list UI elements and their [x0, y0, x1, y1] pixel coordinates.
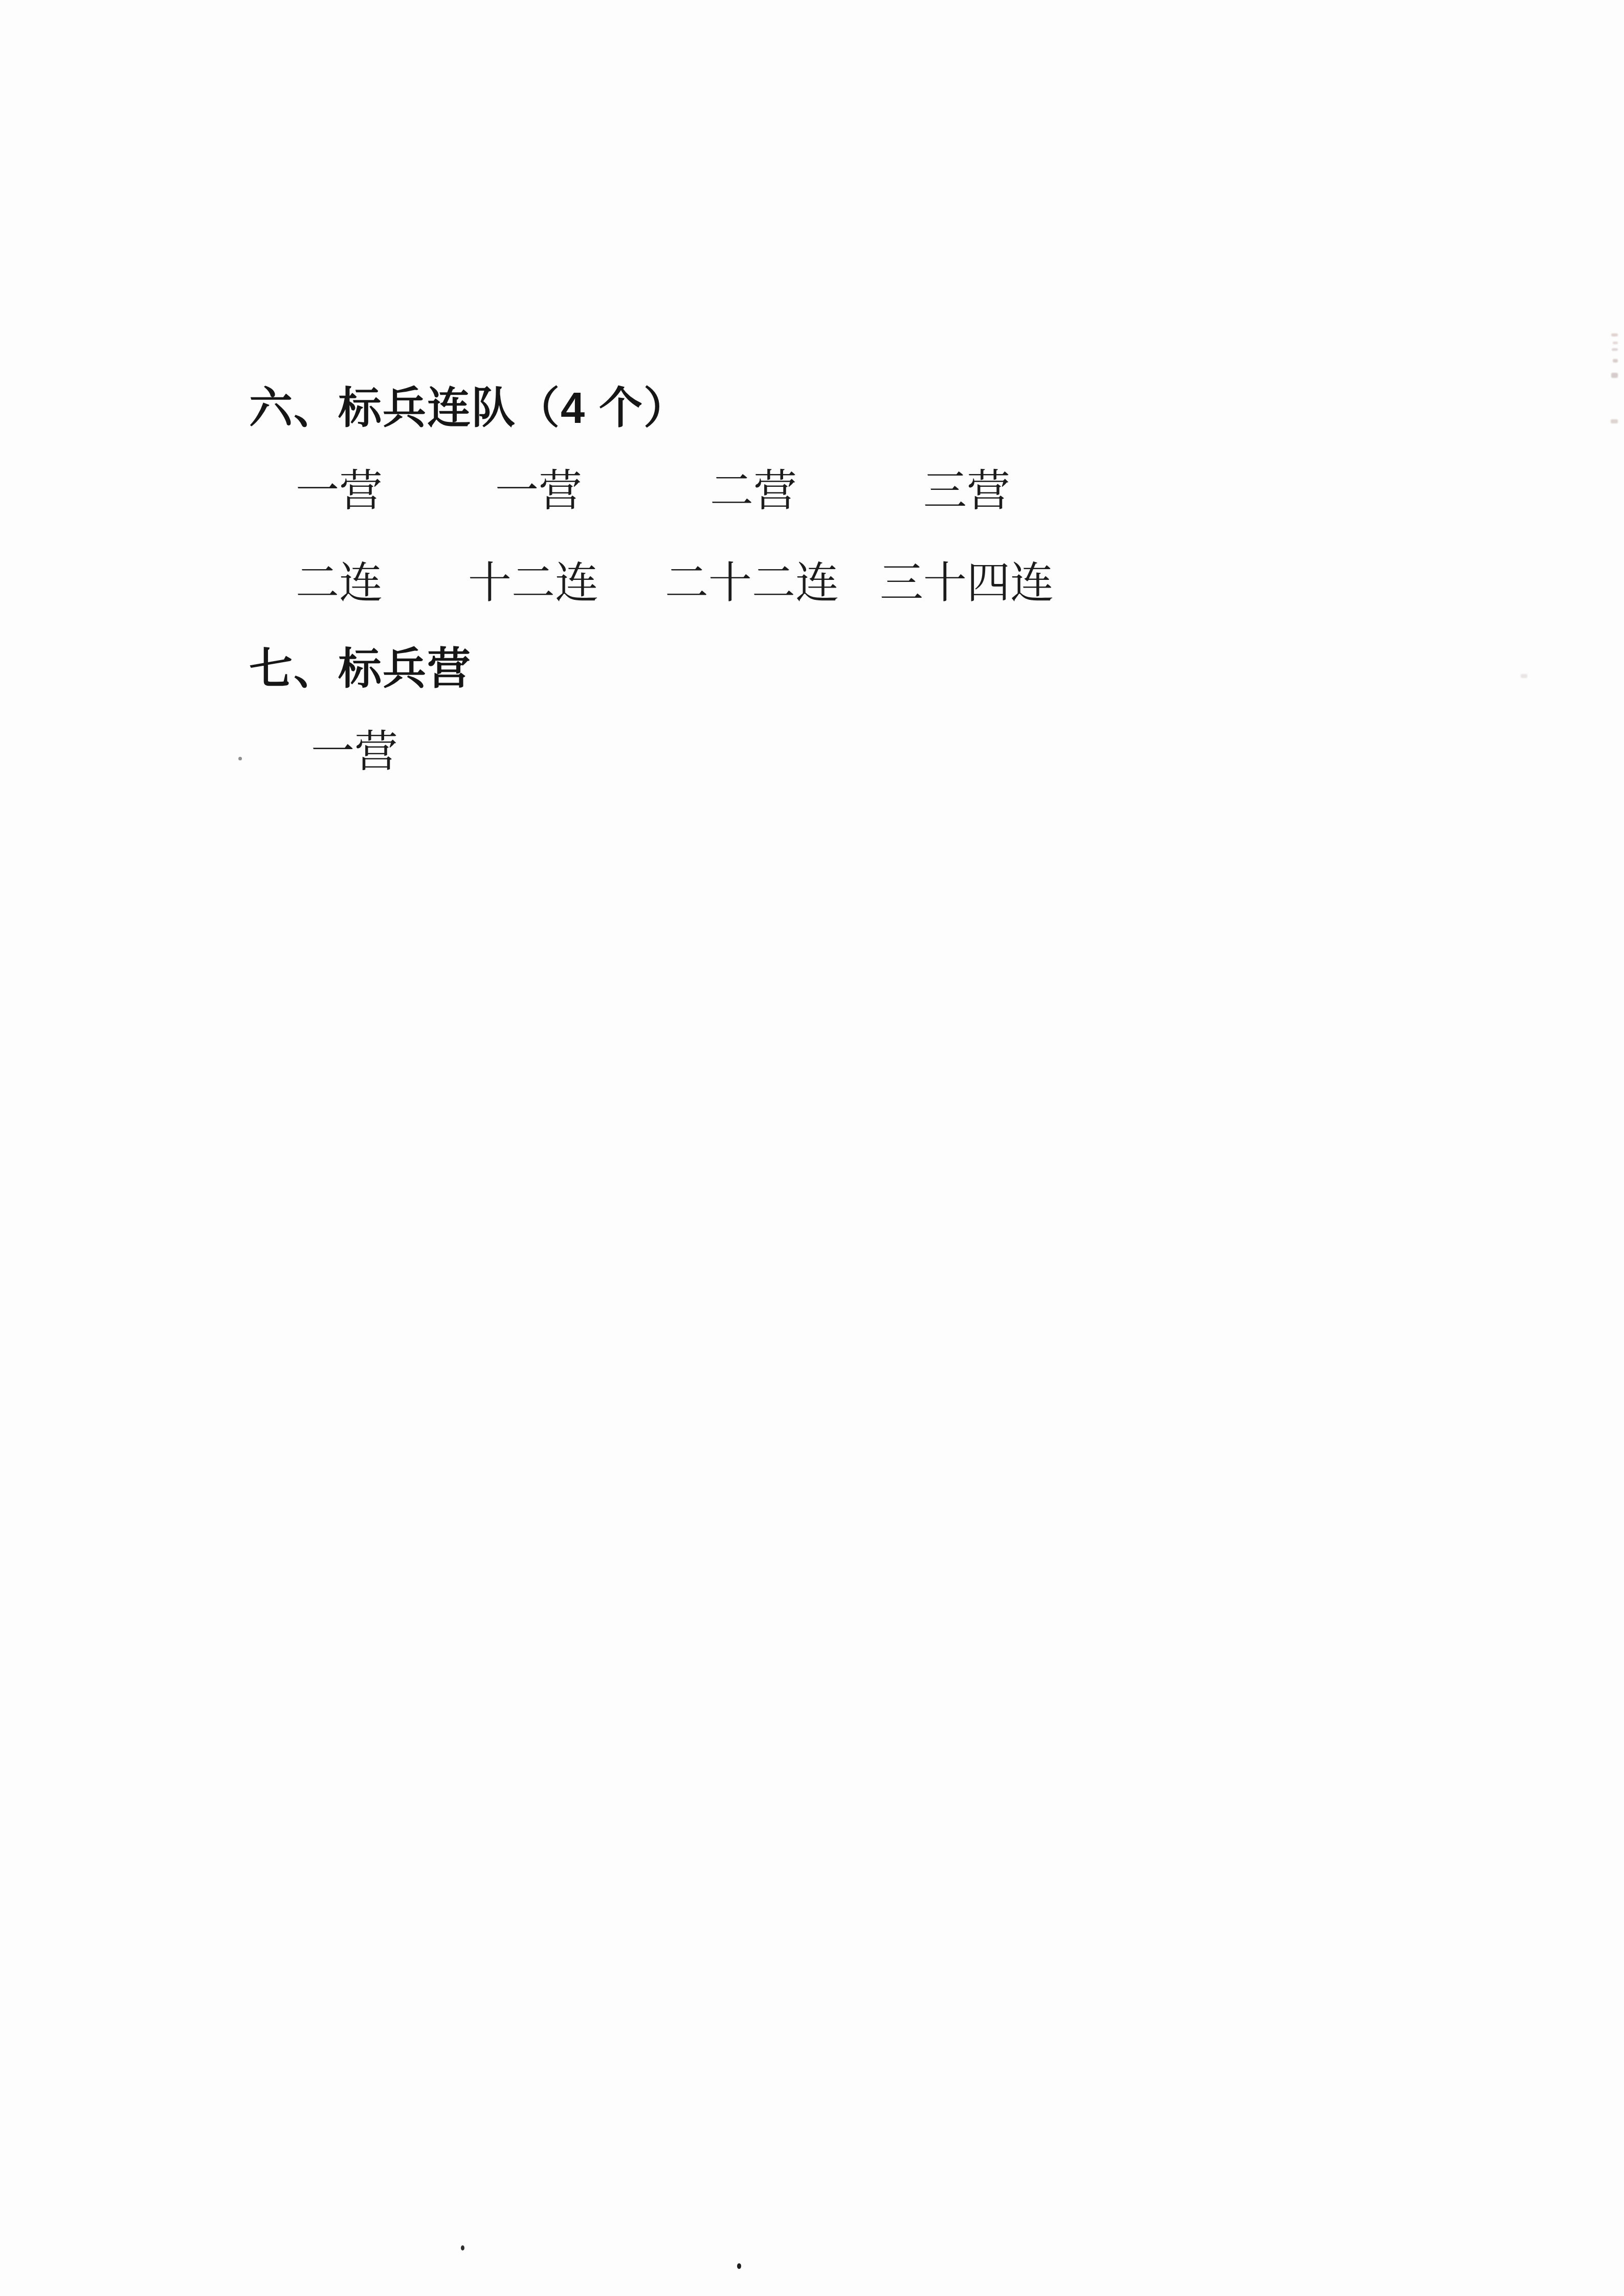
- company-row-item: 十二连: [468, 561, 598, 605]
- scan-edge-mark: [1521, 674, 1527, 678]
- scan-speck: [461, 2245, 464, 2250]
- section-seven-battalion: 一营: [311, 730, 398, 774]
- scan-edge-mark: [1611, 373, 1618, 378]
- battalion-row-item: 一营: [296, 469, 383, 513]
- battalion-row-item: 三营: [923, 469, 1010, 513]
- scanned-document-page: 六、标兵连队（4 个） 一营 一营 二营 三营 二连 十二连 二十二连 三十四连…: [0, 0, 1624, 2296]
- scan-edge-mark: [1611, 419, 1618, 423]
- company-row-item: 二十二连: [665, 561, 839, 605]
- scan-speck: [737, 2263, 741, 2269]
- scan-edge-mark: [1613, 342, 1618, 344]
- company-row-item: 三十四连: [880, 561, 1054, 605]
- battalion-row-item: 二营: [710, 469, 797, 513]
- battalion-row-item: 一营: [495, 469, 582, 513]
- scan-edge-mark: [1611, 333, 1618, 336]
- scan-edge-mark: [1612, 348, 1618, 351]
- scan-speck: [238, 757, 242, 760]
- section-six-heading: 六、标兵连队（4 个）: [249, 387, 688, 430]
- scan-edge-mark: [1613, 359, 1618, 363]
- company-row-item: 二连: [296, 561, 383, 605]
- section-seven-heading: 七、标兵营: [249, 647, 472, 691]
